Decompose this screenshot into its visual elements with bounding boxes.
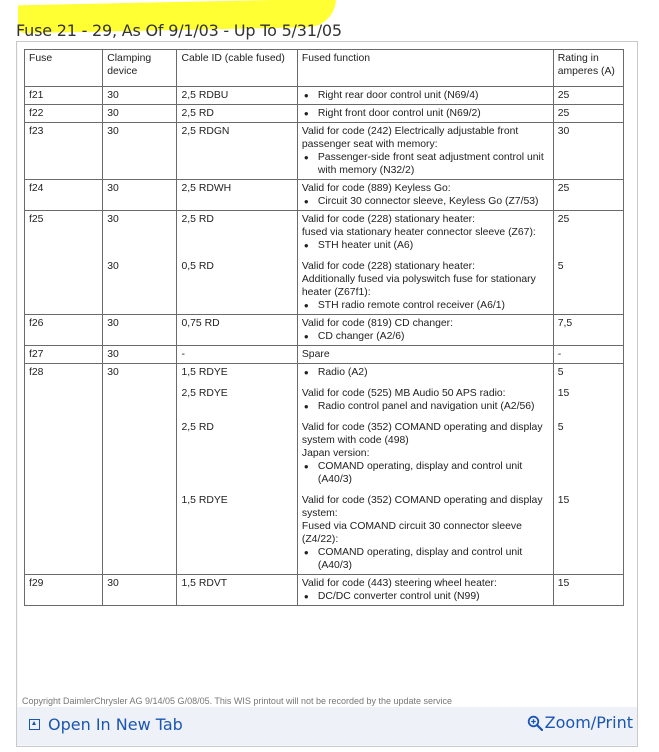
function-entry: Radio (A2) bbox=[302, 366, 550, 379]
fuse-id: f24 bbox=[29, 183, 43, 194]
fused-function-cell: Valid for code (443) steering wheel heat… bbox=[297, 575, 553, 606]
function-entry: Right front door control unit (N69/2) bbox=[302, 107, 550, 120]
cable-id-cell: - bbox=[177, 346, 297, 364]
table-header-row: Fuse Clamping device Cable ID (cable fus… bbox=[25, 50, 624, 87]
cable-id-cell: 0,75 RD bbox=[177, 315, 297, 346]
clamping-device-value: 30 bbox=[107, 213, 173, 252]
fused-function-cell: Valid for code (242) Electrically adjust… bbox=[297, 123, 553, 180]
function-bullet-item: Radio (A2) bbox=[302, 366, 550, 379]
fuse-id: f21 bbox=[29, 90, 43, 101]
fused-function-cell: Valid for code (228) stationary heater:f… bbox=[297, 211, 553, 315]
cable-id-value: - bbox=[181, 348, 293, 361]
table-row: f21302,5 RDBURight rear door control uni… bbox=[25, 87, 624, 105]
function-entry: Valid for code (525) MB Audio 50 APS rad… bbox=[302, 387, 550, 413]
table-row: f26300,75 RDValid for code (819) CD chan… bbox=[25, 315, 624, 346]
clamping-device-cell: 30 bbox=[103, 575, 177, 606]
function-text: Valid for code (525) MB Audio 50 APS rad… bbox=[302, 387, 550, 400]
clamping-device-cell: 30 bbox=[103, 346, 177, 364]
rating-cell: 7,5 bbox=[553, 315, 623, 346]
yellow-highlight-mark-tail bbox=[322, 0, 332, 12]
rating-value: 25 bbox=[558, 213, 620, 252]
fuse-id-cell: f27 bbox=[25, 346, 103, 364]
rating-value: 15 bbox=[558, 387, 620, 413]
fuse-id: f27 bbox=[29, 349, 43, 360]
function-bullet-item: DC/DC converter control unit (N99) bbox=[302, 590, 550, 603]
function-text: Valid for code (352) COMAND operating an… bbox=[302, 421, 550, 447]
function-text: Valid for code (889) Keyless Go: bbox=[302, 182, 550, 195]
rating-cell: 515515 bbox=[553, 364, 623, 575]
zoom-print-link[interactable]: Zoom/Print bbox=[527, 713, 633, 732]
function-bullet-item: STH heater unit (A6) bbox=[302, 239, 550, 252]
function-entry: Valid for code (352) COMAND operating an… bbox=[302, 421, 550, 486]
function-entry: Valid for code (352) COMAND operating an… bbox=[302, 494, 550, 572]
fuse-table-image[interactable]: Fuse Clamping device Cable ID (cable fus… bbox=[18, 42, 637, 707]
cable-id-value: 2,5 RDYE bbox=[181, 387, 293, 413]
clamping-device-value bbox=[107, 494, 173, 572]
function-entry: Valid for code (242) Electrically adjust… bbox=[302, 125, 550, 177]
copyright-notice: Copyright DaimlerChrysler AG 9/14/05 G/0… bbox=[22, 696, 452, 706]
fused-function-cell: Valid for code (889) Keyless Go:Circuit … bbox=[297, 180, 553, 211]
cable-id-value: 1,5 RDYE bbox=[181, 494, 293, 572]
fused-function-cell: Valid for code (819) CD changer:CD chang… bbox=[297, 315, 553, 346]
function-text: Valid for code (228) stationary heater: bbox=[302, 260, 550, 273]
clamping-device-cell: 3030 bbox=[103, 211, 177, 315]
clamping-device-value: 30 bbox=[107, 366, 173, 379]
function-bullet-item: Radio control panel and navigation unit … bbox=[302, 400, 550, 413]
function-bullet-item: COMAND operating, display and control un… bbox=[302, 546, 550, 572]
cable-id-cell: 2,5 RD bbox=[177, 105, 297, 123]
cable-id-value: 1,5 RDVT bbox=[181, 577, 293, 590]
rating-cell: - bbox=[553, 346, 623, 364]
function-text: Valid for code (242) Electrically adjust… bbox=[302, 125, 550, 151]
clamping-device-cell: 30 bbox=[103, 87, 177, 105]
fuse-id-cell: f26 bbox=[25, 315, 103, 346]
table-row: f28301,5 RDYE2,5 RDYE2,5 RD1,5 RDYERadio… bbox=[25, 364, 624, 575]
fuse-id-cell: f25 bbox=[25, 211, 103, 315]
rating-value: 5 bbox=[558, 421, 620, 486]
clamping-device-value: 30 bbox=[107, 182, 173, 195]
table-row: f29301,5 RDVTValid for code (443) steeri… bbox=[25, 575, 624, 606]
clamping-device-cell: 30 bbox=[103, 123, 177, 180]
fuse-id: f22 bbox=[29, 108, 43, 119]
rating-cell: 255 bbox=[553, 211, 623, 315]
header-cable-id: Cable ID (cable fused) bbox=[177, 50, 297, 87]
function-text: Valid for code (819) CD changer: bbox=[302, 317, 550, 330]
clamping-device-value: 30 bbox=[107, 577, 173, 590]
rating-cell: 25 bbox=[553, 105, 623, 123]
fuse-table-body: f21302,5 RDBURight rear door control uni… bbox=[25, 87, 624, 606]
magnifier-plus-icon bbox=[527, 715, 543, 731]
clamping-device-value bbox=[107, 421, 173, 486]
fuse-id-cell: f28 bbox=[25, 364, 103, 575]
fuse-id-cell: f23 bbox=[25, 123, 103, 180]
table-row: f23302,5 RDGNValid for code (242) Electr… bbox=[25, 123, 624, 180]
rating-cell: 30 bbox=[553, 123, 623, 180]
table-row: f2530302,5 RD0,5 RDValid for code (228) … bbox=[25, 211, 624, 315]
cable-id-cell: 2,5 RDWH bbox=[177, 180, 297, 211]
clamping-device-cell: 30 bbox=[103, 315, 177, 346]
rating-value: 7,5 bbox=[558, 317, 620, 330]
function-bullet-item: Circuit 30 connector sleeve, Keyless Go … bbox=[302, 195, 550, 208]
clamping-device-cell: 30 bbox=[103, 364, 177, 575]
fuse-id: f23 bbox=[29, 126, 43, 137]
function-bullet-item: Passenger-side front seat adjustment con… bbox=[302, 151, 550, 177]
cable-id-value: 0,5 RD bbox=[181, 260, 293, 312]
function-entry: Valid for code (228) stationary heater:A… bbox=[302, 260, 550, 312]
fuse-id: f29 bbox=[29, 578, 43, 589]
clamping-device-cell: 30 bbox=[103, 105, 177, 123]
header-clamping-device: Clamping device bbox=[103, 50, 177, 87]
clamping-device-value: 30 bbox=[107, 107, 173, 120]
zoom-print-label: Zoom/Print bbox=[545, 713, 633, 732]
function-bullet-item: CD changer (A2/6) bbox=[302, 330, 550, 343]
rating-value: 25 bbox=[558, 182, 620, 195]
rating-value: 25 bbox=[558, 89, 620, 102]
table-row: f22302,5 RDRight front door control unit… bbox=[25, 105, 624, 123]
function-entry: Right rear door control unit (N69/4) bbox=[302, 89, 550, 102]
fuse-id-cell: f24 bbox=[25, 180, 103, 211]
rating-cell: 25 bbox=[553, 180, 623, 211]
function-text: fused via stationary heater connector sl… bbox=[302, 226, 550, 239]
fuse-id-cell: f21 bbox=[25, 87, 103, 105]
cable-id-cell: 2,5 RDBU bbox=[177, 87, 297, 105]
table-row: f24302,5 RDWHValid for code (889) Keyles… bbox=[25, 180, 624, 211]
function-text: Valid for code (352) COMAND operating an… bbox=[302, 494, 550, 520]
fuse-id: f28 bbox=[29, 367, 43, 378]
cable-id-cell: 2,5 RD0,5 RD bbox=[177, 211, 297, 315]
rating-value: 30 bbox=[558, 125, 620, 138]
function-bullet-item: COMAND operating, display and control un… bbox=[302, 460, 550, 486]
fused-function-cell: Right rear door control unit (N69/4) bbox=[297, 87, 553, 105]
rating-cell: 25 bbox=[553, 87, 623, 105]
table-row: f2730-Spare- bbox=[25, 346, 624, 364]
function-entry: Valid for code (228) stationary heater:f… bbox=[302, 213, 550, 252]
fused-function-cell: Right front door control unit (N69/2) bbox=[297, 105, 553, 123]
cable-id-value: 1,5 RDYE bbox=[181, 366, 293, 379]
cable-id-value: 2,5 RDGN bbox=[181, 125, 293, 138]
function-entry: Valid for code (889) Keyless Go:Circuit … bbox=[302, 182, 550, 208]
open-in-new-tab-link[interactable]: Open In New Tab bbox=[29, 715, 183, 734]
function-text: Spare bbox=[302, 348, 550, 361]
rating-value: 15 bbox=[558, 577, 620, 590]
clamping-device-value: 30 bbox=[107, 260, 173, 312]
function-bullet-item: Right rear door control unit (N69/4) bbox=[302, 89, 550, 102]
clamping-device-value: 30 bbox=[107, 348, 173, 361]
cable-id-value: 2,5 RDWH bbox=[181, 182, 293, 195]
header-rating: Rating in amperes (A) bbox=[553, 50, 623, 87]
cable-id-cell: 1,5 RDVT bbox=[177, 575, 297, 606]
fuse-id-cell: f22 bbox=[25, 105, 103, 123]
open-in-new-tab-label: Open In New Tab bbox=[48, 715, 183, 734]
cable-id-value: 0,75 RD bbox=[181, 317, 293, 330]
rating-value: 15 bbox=[558, 494, 620, 572]
fuse-id: f25 bbox=[29, 214, 43, 225]
function-entry: Spare bbox=[302, 348, 550, 361]
function-entry: Valid for code (443) steering wheel heat… bbox=[302, 577, 550, 603]
function-bullet-item: STH radio remote control receiver (A6/1) bbox=[302, 299, 550, 312]
rating-value: 5 bbox=[558, 366, 620, 379]
header-fuse: Fuse bbox=[25, 50, 103, 87]
function-text: Japan version: bbox=[302, 447, 550, 460]
rating-value: - bbox=[558, 348, 620, 361]
image-footer-bar: Open In New Tab Zoom/Print bbox=[17, 707, 637, 745]
fused-function-cell: Radio (A2)Valid for code (525) MB Audio … bbox=[297, 364, 553, 575]
function-text: Valid for code (228) stationary heater: bbox=[302, 213, 550, 226]
rating-cell: 15 bbox=[553, 575, 623, 606]
clamping-device-value: 30 bbox=[107, 317, 173, 330]
page-title: Fuse 21 - 29, As Of 9/1/03 - Up To 5/31/… bbox=[16, 21, 342, 40]
rating-value: 5 bbox=[558, 260, 620, 312]
function-entry: Valid for code (819) CD changer:CD chang… bbox=[302, 317, 550, 343]
cable-id-value: 2,5 RD bbox=[181, 107, 293, 120]
cable-id-cell: 1,5 RDYE2,5 RDYE2,5 RD1,5 RDYE bbox=[177, 364, 297, 575]
cable-id-value: 2,5 RD bbox=[181, 421, 293, 486]
function-bullet-item: Right front door control unit (N69/2) bbox=[302, 107, 550, 120]
function-text: Fused via COMAND circuit 30 connector sl… bbox=[302, 520, 550, 546]
fused-function-cell: Spare bbox=[297, 346, 553, 364]
cable-id-cell: 2,5 RDGN bbox=[177, 123, 297, 180]
fuse-id-cell: f29 bbox=[25, 575, 103, 606]
fuse-id: f26 bbox=[29, 318, 43, 329]
clamping-device-value: 30 bbox=[107, 89, 173, 102]
header-fused-function: Fused function bbox=[297, 50, 553, 87]
clamping-device-cell: 30 bbox=[103, 180, 177, 211]
cable-id-value: 2,5 RD bbox=[181, 213, 293, 252]
clamping-device-value: 30 bbox=[107, 125, 173, 138]
clamping-device-value bbox=[107, 387, 173, 413]
rating-value: 25 bbox=[558, 107, 620, 120]
function-text: Additionally fused via polyswitch fuse f… bbox=[302, 273, 550, 299]
function-text: Valid for code (443) steering wheel heat… bbox=[302, 577, 550, 590]
open-in-new-tab-icon bbox=[29, 719, 40, 730]
cable-id-value: 2,5 RDBU bbox=[181, 89, 293, 102]
fuse-table: Fuse Clamping device Cable ID (cable fus… bbox=[24, 49, 624, 606]
